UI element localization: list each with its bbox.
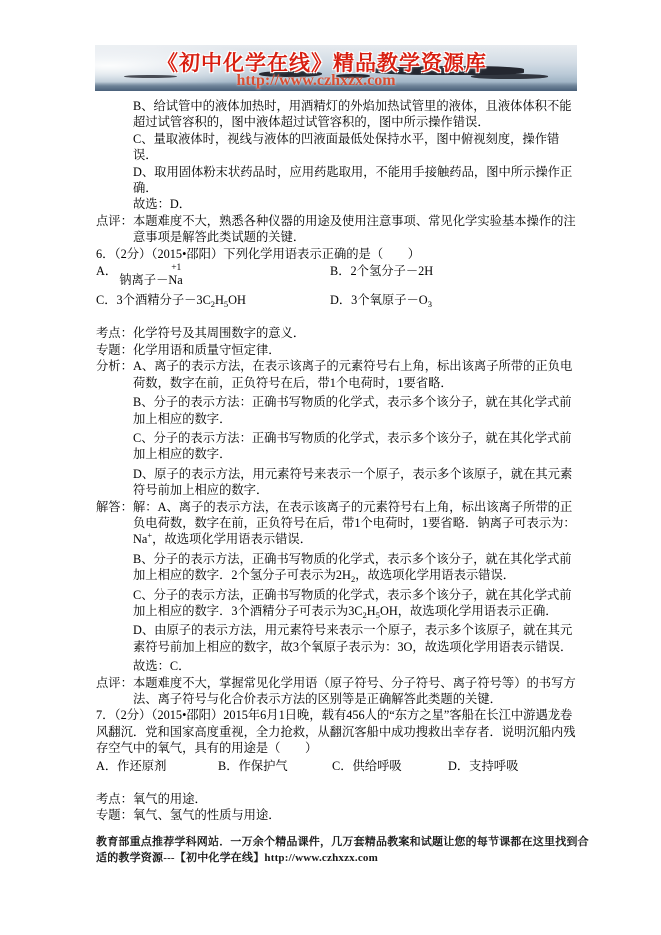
q6-options-row2: C．3个酒精分子－3C2H5OH D．3个氧原子－O3 (96, 292, 578, 308)
ion-element-symbol: Na (168, 273, 182, 287)
dianping-label: 点评： (96, 675, 133, 691)
q6-fenxi-a: A、离子的表示方法，在表示该离子的元素符号右上角，标出该离子所带的正负电荷数，数… (133, 358, 578, 391)
q6-jieda-choice: 故选：C． (133, 658, 578, 674)
q7-option-a: A．作还原剂 (96, 758, 218, 774)
q5-answer-line-b: B、给试管中的液体加热时，用酒精灯的外焰加热试管里的液体，且液体体积不能超过试管… (133, 98, 578, 131)
header-banner-image: 《初中化学在线》精品教学资源库 http://www.czhxzx.com (95, 45, 577, 91)
q7-option-b: B．作保护气 (218, 758, 332, 774)
q7-stem: 7．（2分）（2015•邵阳）2015年6月1日晚，载有456人的“东方之星”客… (96, 707, 578, 756)
q6-fenxi-body: A、离子的表示方法，在表示该离子的元素符号右上角，标出该离子所带的正负电荷数，数… (133, 358, 578, 498)
kaodian-label: 考点： (96, 325, 133, 341)
q5-comment-text: 本题难度不大，熟悉各种仪器的用途及使用注意事项、常见化学实验基本操作的注意事项是… (133, 213, 578, 246)
kaodian-label: 考点： (96, 791, 133, 807)
q6-zhuanti-row: 专题： 化学用语和质量守恒定律． (96, 342, 578, 358)
q7-kaodian-row: 考点： 氧气的用途． (96, 791, 578, 807)
q6-zhuanti-text: 化学用语和质量守恒定律． (133, 342, 578, 358)
q6-dianping-text: 本题难度不大，掌握常见化学用语（原子符号、分子符号、离子符号等）的书写方法、离子… (133, 675, 578, 708)
q6-dianping-row: 点评： 本题难度不大，掌握常见化学用语（原子符号、分子符号、离子符号等）的书写方… (96, 675, 578, 708)
ion-prefix-text: 钠离子－ (119, 273, 168, 287)
promo-footer: 教育部重点推荐学科网站．一万余个精品课件，几万套精品教案和试题让您的每节课都在这… (96, 834, 592, 866)
promo-footer-url: http://www.czhxzx.com (264, 852, 378, 864)
q6-option-c: C．3个酒精分子－3C2H5OH (96, 292, 330, 308)
zhuanti-label: 专题： (96, 807, 133, 823)
q5-answer-line-c: C、量取液体时，视线与液体的凹液面最低处保持水平，图中俯视刻度，操作错误． (133, 131, 578, 164)
q6-kaodian-row: 考点： 化学符号及其周围数字的意义． (96, 325, 578, 341)
q6-kaodian-text: 化学符号及其周围数字的意义． (133, 325, 578, 341)
q5-comment-row: 点评： 本题难度不大，熟悉各种仪器的用途及使用注意事项、常见化学实验基本操作的注… (96, 213, 578, 246)
q7-options: A．作还原剂 B．作保护气 C．供给呼吸 D．支持呼吸 (96, 758, 578, 774)
zhuanti-label: 专题： (96, 342, 133, 358)
q6-fenxi-b: B、分子的表示方法：正确书写物质的化学式，表示多个该分子，就在其化学式前加上相应… (133, 394, 578, 427)
q6-options-row1: A． +1 钠离子－Na B．2个氢分子－2H (96, 263, 578, 288)
q5-answer-tail: B、给试管中的液体加热时，用酒精灯的外焰加热试管里的液体，且液体体积不能超过试管… (133, 98, 578, 213)
ion-base-text: 钠离子－Na (119, 273, 183, 288)
q6-fenxi-row: 分析： A、离子的表示方法，在表示该离子的元素符号右上角，标出该离子所带的正负电… (96, 358, 578, 498)
q7-kaodian-text: 氧气的用途． (133, 791, 578, 807)
document-page: 《初中化学在线》精品教学资源库 http://www.czhxzx.com B、… (0, 0, 661, 935)
document-body: B、给试管中的液体加热时，用酒精灯的外焰加热试管里的液体，且液体体积不能超过试管… (96, 98, 578, 866)
sodium-ion-formula: +1 钠离子－Na (119, 263, 183, 288)
q6-jieda-a: 解：A、离子的表示方法，在表示该离子的元素符号右上角，标出该离子所带的正负电荷数… (133, 499, 578, 548)
jieda-label: 解答： (96, 499, 133, 515)
q6-jieda-row: 解答： 解：A、离子的表示方法，在表示该离子的元素符号右上角，标出该离子所带的正… (96, 499, 578, 675)
q7-zhuanti-text: 氧气、氢气的性质与用途． (133, 807, 578, 823)
fenxi-label: 分析： (96, 358, 133, 374)
q6-jieda-b: B、分子的表示方法，正确书写物质的化学式，表示多个该分子，就在其化学式前加上相应… (133, 551, 578, 584)
q6-jieda-c: C、分子的表示方法，正确书写物质的化学式，表示多个该分子，就在其化学式前加上相应… (133, 587, 578, 620)
ion-charge-superscript: +1 (171, 263, 183, 273)
q6-option-a: A． +1 钠离子－Na (96, 263, 330, 288)
q6-jieda-d: D、由原子的表示方法，用元素符号来表示一个原子，表示多个该原子，就在其元素符号前… (133, 622, 578, 655)
banner-site-url: http://www.czhxzx.com (95, 72, 577, 90)
comment-label: 点评： (96, 213, 133, 229)
q6-jieda-body: 解：A、离子的表示方法，在表示该离子的元素符号右上角，标出该离子所带的正负电荷数… (133, 499, 578, 675)
q6-stem: 6．（2分）（2015•邵阳）下列化学用语表示正确的是（ ） (96, 246, 578, 262)
q7-zhuanti-row: 专题： 氧气、氢气的性质与用途． (96, 807, 578, 823)
q5-answer-line-d: D、取用固体粉末状药品时，应用药匙取用，不能用手接触药品，图中所示操作正确． (133, 164, 578, 197)
q6-option-b: B．2个氢分子－2H (330, 263, 578, 288)
q6-option-a-label: A． (96, 263, 117, 288)
q7-option-c: C．供给呼吸 (332, 758, 448, 774)
q6-options: A． +1 钠离子－Na B．2个氢分子－2H C．3个酒精分子－3C2H5OH… (96, 263, 578, 308)
q6-option-d: D．3个氧原子－O3 (330, 292, 578, 308)
q7-option-d: D．支持呼吸 (448, 758, 578, 774)
q5-answer-choice: 故选：D． (133, 196, 578, 212)
q6-fenxi-d: D、原子的表示方法，用元素符号来表示一个原子，表示多个该原子，就在其元素符号前加… (133, 466, 578, 499)
q6-fenxi-c: C、分子的表示方法：正确书写物质的化学式，表示多个该分子，就在其化学式前加上相应… (133, 430, 578, 463)
